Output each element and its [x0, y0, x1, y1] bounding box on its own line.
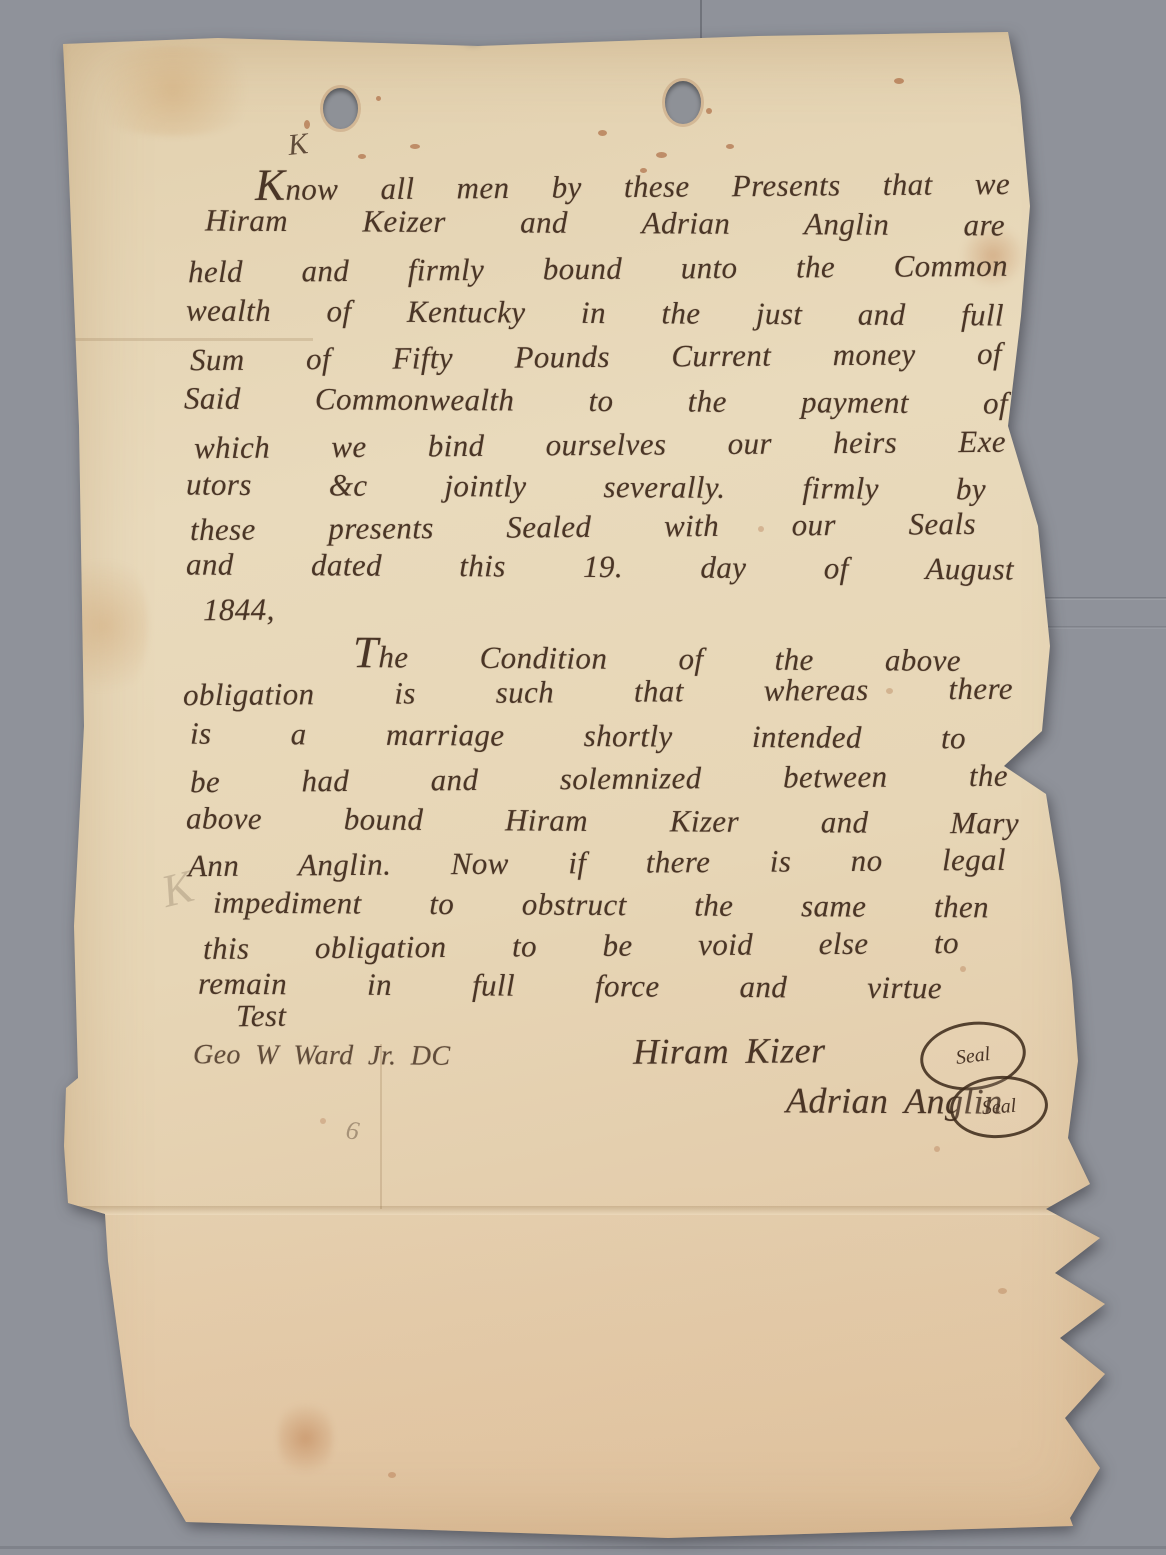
handwritten-line: impediment to obstruct the same then	[213, 885, 989, 926]
handwritten-line: this obligation to be void else to	[203, 925, 959, 967]
punch-hole-right	[665, 81, 701, 124]
handwritten-line: held and firmly bound unto the Common	[188, 248, 1008, 290]
handwritten-line: remain in full force and virtue	[198, 966, 942, 1007]
handwritten-line: which we bind ourselves our heirs Exe	[194, 424, 1006, 466]
clerk-signature: Geo W Ward Jr. DC	[193, 1039, 451, 1073]
handwritten-line: utors &c jointly severally. firmly by	[186, 467, 986, 508]
handwritten-line: Know all men by these Presents that we	[255, 153, 1010, 211]
handwritten-line: these presents Sealed with our Seals	[190, 506, 976, 548]
seal-label: Seal	[981, 1094, 1017, 1119]
photograph-of-document: K K 6 Know all men by these Presents tha…	[0, 0, 1166, 1555]
signature-hiram-kizer: Hiram Kizer	[633, 1029, 826, 1073]
handwritten-line: above bound Hiram Kizer and Mary	[186, 800, 1019, 841]
handwritten-line: and dated this 19. day of August	[186, 546, 1014, 587]
ink-smudge	[456, 26, 490, 46]
seal-label: Seal	[955, 1042, 992, 1069]
handwritten-line: Hiram Keizer and Adrian Anglin are	[205, 203, 1005, 244]
punch-hole-left	[323, 88, 358, 129]
handwritten-line: 1844,	[203, 592, 275, 629]
handwritten-line: wealth of Kentucky in the just and full	[186, 293, 1004, 334]
handwritten-line: obligation is such that whereas there	[183, 671, 1013, 714]
handwritten-line: Said Commonwealth to the payment of	[184, 380, 1008, 421]
attestation-test: Test	[236, 998, 287, 1034]
paper-sheet: K K 6 Know all men by these Presents tha…	[58, 26, 1118, 1548]
paper-document: K K 6 Know all men by these Presents tha…	[58, 26, 1118, 1548]
handwritten-line: Ann Anglin. Now if there is no legal	[188, 842, 1006, 884]
handwritten-line: Sum of Fifty Pounds Current money of	[190, 336, 1002, 378]
handwritten-line: is a marriage shortly intended to	[190, 716, 966, 757]
handwritten-line: be had and solemnized between the	[190, 758, 1008, 800]
